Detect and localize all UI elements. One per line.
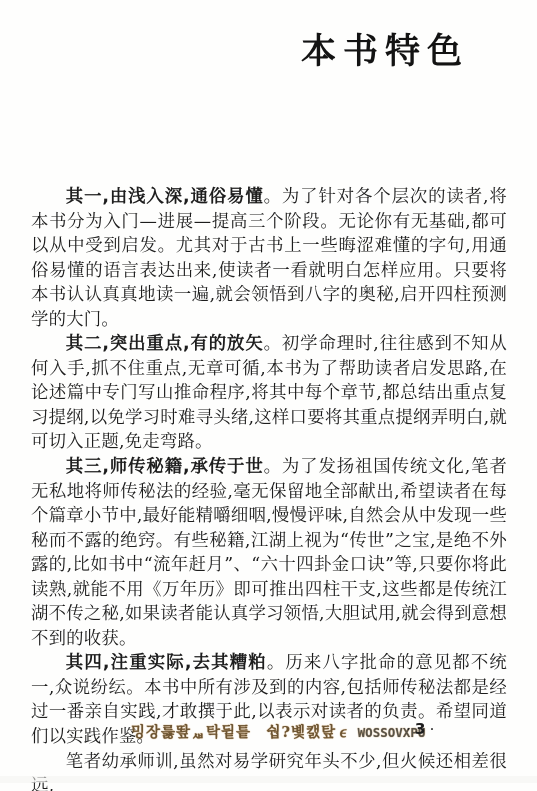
paragraph-lead: 其二,突出重点,有的放矢 — [66, 334, 264, 354]
page-number-value: 3 — [411, 720, 430, 738]
paragraph-text: 。为了针对各个层次的读者,将本书分为入门—进展—提高三个阶段。无论你有无基础,都… — [31, 187, 507, 330]
paragraph-lead: 其四,注重实际,去其糟粕 — [66, 653, 267, 673]
paragraph: 其二,突出重点,有的放矢。初学命理时,往往感到不知从何入手,抓不住重点,无章可循… — [31, 332, 507, 455]
paragraph-text: 笔者幼承师训,虽然对易学研究年头不少,但火候还相差很远, — [31, 752, 507, 791]
book-page: 本书特色 其一,由浅入深,通俗易懂。为了针对各个层次的读者,将本书分为入门—进展… — [0, 0, 537, 791]
page-footer: 밍장릃뙆ᇪ탁뒽틑 쉅?볯캜탚∊ WOSSOVXPU ·3· — [0, 719, 537, 745]
paragraph-lead: 其三,师传秘籍,承传于世 — [66, 457, 264, 477]
page-number: ·3· — [406, 720, 434, 738]
page-title: 本书特色 — [301, 24, 469, 74]
body-text: 其一,由浅入深,通俗易懂。为了针对各个层次的读者,将本书分为入门—进展—提高三个… — [31, 185, 507, 791]
paragraph-lead: 其一,由浅入深,通俗易懂 — [66, 187, 264, 207]
paragraph: 其一,由浅入深,通俗易懂。为了针对各个层次的读者,将本书分为入门—进展—提高三个… — [31, 185, 507, 332]
paragraph: 其三,师传秘籍,承传于世。为了发扬祖国传统文化,笔者无私地将师传秘法的经验,毫无… — [31, 455, 507, 651]
paragraph-text: 。为了发扬祖国传统文化,笔者无私地将师传秘法的经验,毫无保留地全部献出,希望读者… — [31, 457, 507, 649]
paragraph: 笔者幼承师训,虽然对易学研究年头不少,但火候还相差很远, — [31, 750, 507, 791]
showthrough-watermark: 밍장릃뙆ᇪ탁뒽틑 쉅?볯캜탚∊ WOSSOVXPU — [131, 721, 425, 742]
showthrough-glyphs: 밍장릃뙆ᇪ탁뒽틑 쉅?볯캜탚∊ — [131, 724, 352, 741]
page-number-right-dot: · — [430, 720, 435, 738]
